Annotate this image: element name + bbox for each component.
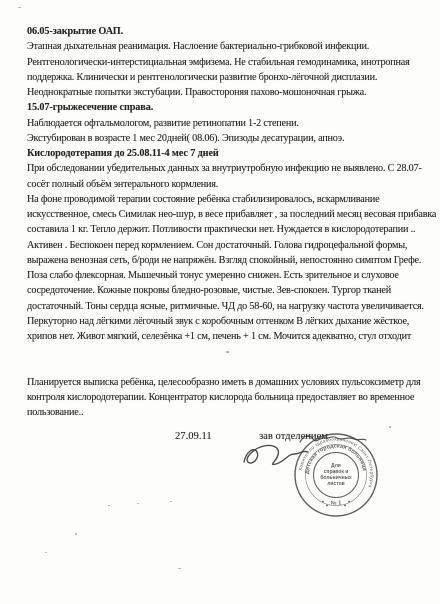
document-line: Активен . Беспокоен перед кормлением. Со… — [27, 238, 432, 253]
document-date: 27.09.11 — [175, 431, 212, 442]
document-line-spacer — [27, 344, 432, 359]
document-line: хрипов нет. Живот мягкий, селезёнка +1 с… — [27, 329, 432, 344]
document-line: достаточный. Тоны сердца ясные, ритмичны… — [27, 299, 432, 314]
document-line: сосредоточение. Кожные покровы бледно-ро… — [27, 283, 432, 298]
document-line: сосёт полный объём энтерального кормлени… — [27, 177, 432, 192]
document-line: На фоне проводимой терапии состояние реб… — [27, 192, 432, 207]
document-line: 06.05-закрытие ОАП. — [27, 24, 432, 39]
document-line-spacer — [27, 360, 432, 375]
document-line: пользование.. — [27, 405, 432, 420]
document-line: Кислородотерапия до 25.08.11-4 мес 7 дне… — [27, 146, 432, 161]
document-line: контроля кислородотерапии. Концентратор … — [27, 390, 432, 405]
scan-speck — [108, 505, 110, 506]
scan-speck — [45, 552, 47, 553]
document-line: Наблюдается офтальмологом, развитие рети… — [27, 116, 432, 131]
scan-speck — [18, 7, 21, 8]
document-line: Неоднократные попытки экстубации. Правос… — [27, 85, 432, 100]
document-line: 15.07-грыжесечение справа. — [27, 100, 432, 115]
handwritten-signature-icon — [230, 426, 380, 476]
scanned-medical-document-page: 06.05-закрытие ОАП.Этапная дыхательная р… — [0, 0, 440, 604]
stamp-center-line-4: листов — [327, 481, 345, 487]
document-line: Экстубирован в возрасте 1 мес 20дней( 08… — [27, 131, 432, 146]
document-line: составила 1 кг. Тепло держит. Потливости… — [27, 222, 432, 237]
document-line: При обследовании убедительных данных за … — [27, 161, 432, 176]
stamp-number: № 1 — [331, 501, 342, 507]
document-line: Этапная дыхательная реанимация. Наслоени… — [27, 39, 432, 54]
document-line: Перкуторно над лёгкими лёгочный звук с к… — [27, 314, 432, 329]
scan-speck — [170, 501, 172, 502]
scan-speck — [226, 351, 229, 353]
document-line: Рентгенологически-интерстициальная эмфиз… — [27, 55, 432, 70]
document-line: поддержка. Клинически и рентгенологическ… — [27, 70, 432, 85]
document-line: Поза слабо флексорная. Мышечный тонус ум… — [27, 268, 432, 283]
scan-speck — [75, 533, 77, 535]
document-line: Планируется выписка ребёнка, целесообраз… — [27, 375, 432, 390]
document-line: выражена венозная сеть, б/роди не напряж… — [27, 253, 432, 268]
document-line: искусственное, смесь Симилак нео-шур, в … — [27, 207, 432, 222]
scan-speck — [137, 503, 139, 504]
scan-speck — [389, 426, 391, 428]
document-body: 06.05-закрытие ОАП.Этапная дыхательная р… — [27, 24, 432, 421]
scan-speck — [178, 568, 181, 569]
